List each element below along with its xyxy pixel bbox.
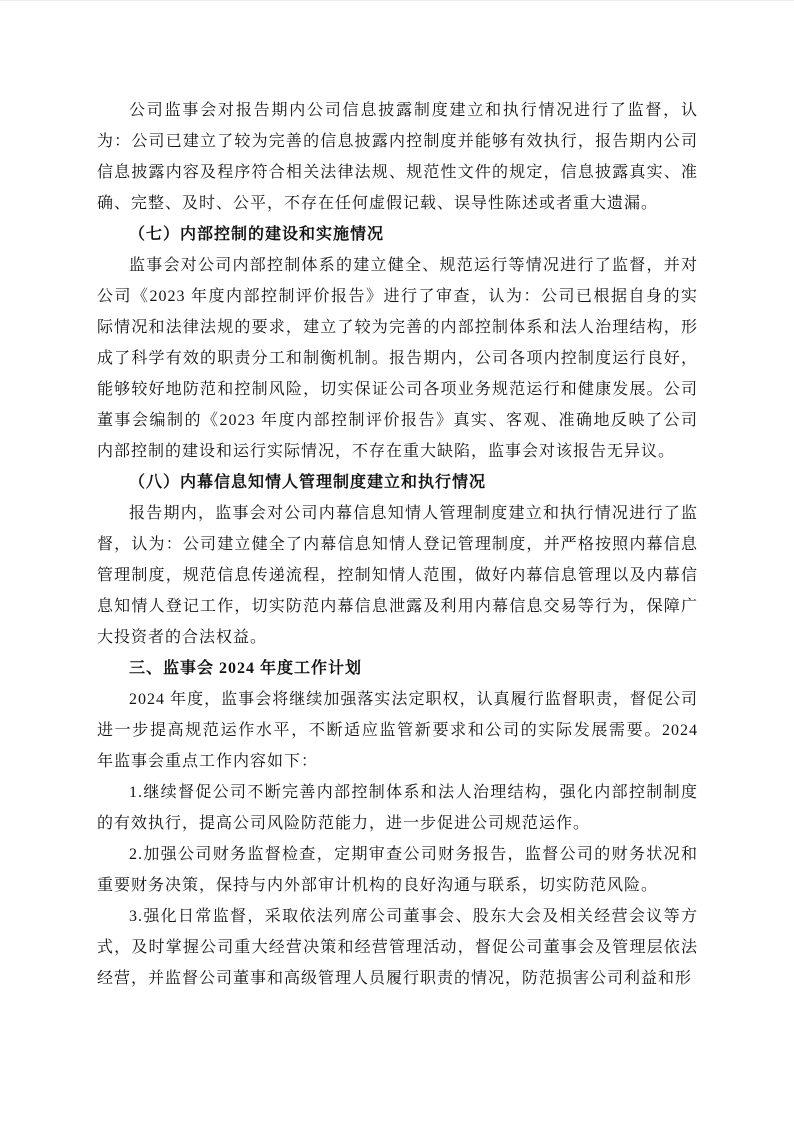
section-heading-insider-information: （八）内幕信息知情人管理制度建立和执行情况	[97, 467, 698, 498]
paragraph-plan-item-1: 1.继续督促公司不断完善内部控制体系和法人治理结构，强化内部控制制度的有效执行，…	[97, 777, 698, 839]
section-heading-2024-work-plan: 三、监事会 2024 年度工作计划	[97, 653, 698, 684]
paragraph-plan-item-3: 3.强化日常监督，采取依法列席公司董事会、股东大会及相关经营会议等方式，及时掌握…	[97, 901, 698, 994]
paragraph-internal-control: 监事会对公司内部控制体系的建立健全、规范运行等情况进行了监督，并对公司《2023…	[97, 250, 698, 467]
paragraph-insider-information: 报告期内，监事会对公司内幕信息知情人管理制度建立和执行情况进行了监督，认为：公司…	[97, 498, 698, 653]
paragraph-2024-plan-intro: 2024 年度，监事会将继续加强落实法定职权，认真履行监督职责，督促公司进一步提…	[97, 684, 698, 777]
section-heading-internal-control: （七）内部控制的建设和实施情况	[97, 219, 698, 250]
paragraph-disclosure-supervision: 公司监事会对报告期内公司信息披露制度建立和执行情况进行了监督，认为：公司已建立了…	[97, 95, 698, 219]
document-body: 公司监事会对报告期内公司信息披露制度建立和执行情况进行了监督，认为：公司已建立了…	[97, 95, 698, 994]
document-page: 公司监事会对报告期内公司信息披露制度建立和执行情况进行了监督，认为：公司已建立了…	[0, 0, 794, 1122]
paragraph-plan-item-2: 2.加强公司财务监督检查，定期审查公司财务报告，监督公司的财务状况和重要财务决策…	[97, 839, 698, 901]
